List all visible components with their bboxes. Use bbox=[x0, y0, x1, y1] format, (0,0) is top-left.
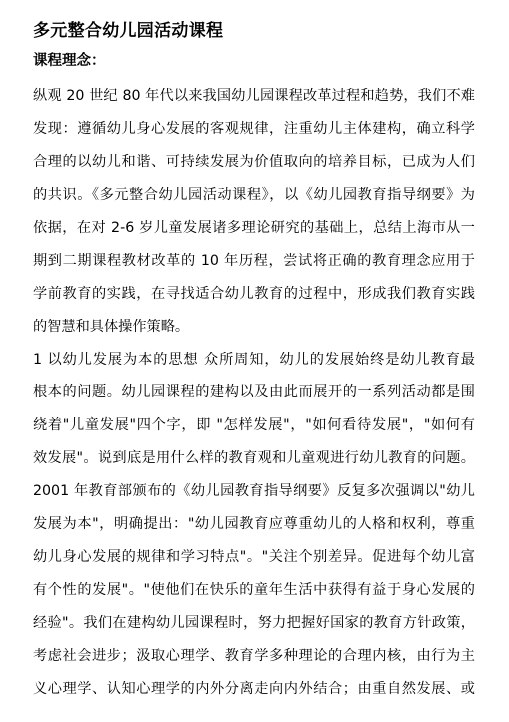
text-line: 纵观 20 世纪 80 年代以来我国幼儿园课程改革过程和趋势，我们不难 bbox=[33, 80, 475, 113]
section-heading: 课程理念： bbox=[33, 49, 106, 70]
text-line: 经验"。我们在建构幼儿园课程时，努力把握好国家的教育方针政策， bbox=[33, 607, 475, 640]
text-line: 幼儿身心发展的规律和学习特点"。"关注个别差异。促进每个幼儿富 bbox=[33, 541, 475, 574]
text-line: 考虑社会进步；汲取心理学、教育学多种理论的合理内核，由行为主 bbox=[33, 640, 475, 673]
document-body: 纵观 20 世纪 80 年代以来我国幼儿园课程改革过程和趋势，我们不难 发现：遵… bbox=[33, 80, 475, 706]
text-line: 1 以幼儿发展为本的思想 众所周知，幼儿的发展始终是幼儿教育最 bbox=[33, 344, 475, 377]
text-line: 绕着"儿童发展"四个字，即 "怎样发展"，"如何看待发展"，"如何有 bbox=[33, 409, 475, 442]
text-line: 发展为本"，明确提出："幼儿园教育应尊重幼儿的人格和权利，尊重 bbox=[33, 508, 475, 541]
text-line: 期到二期课程教材改革的 10 年历程，尝试将正确的教育理念应用于 bbox=[33, 245, 475, 278]
text-line: 2001 年教育部颁布的《幼儿园教育指导纲要》反复多次强调以"幼儿 bbox=[33, 475, 475, 508]
text-line: 的智慧和具体操作策略。 bbox=[33, 311, 475, 344]
text-line: 有个性的发展"。"使他们在快乐的童年生活中获得有益于身心发展的 bbox=[33, 574, 475, 607]
document-title: 多元整合幼儿园活动课程 bbox=[33, 16, 223, 41]
text-line: 根本的问题。幼儿园课程的建构以及由此而展开的一系列活动都是围 bbox=[33, 376, 475, 409]
text-line: 依据，在对 2-6 岁儿童发展诸多理论研究的基础上，总结上海市从一 bbox=[33, 212, 475, 245]
text-line: 的共识。《多元整合幼儿园活动课程》，以《幼儿园教育指导纲要》为 bbox=[33, 179, 475, 212]
text-line: 合理的以幼儿和谐、可持续发展为价值取向的培养目标，已成为人们 bbox=[33, 146, 475, 179]
text-line: 发现：遵循幼儿身心发展的客观规律，注重幼儿主体建构，确立科学 bbox=[33, 113, 475, 146]
text-line: 义心理学、认知心理学的内外分离走向内外结合；由重自然发展、或 bbox=[33, 673, 475, 706]
text-line: 学前教育的实践，在寻找适合幼儿教育的过程中，形成我们教育实践 bbox=[33, 278, 475, 311]
text-line: 效发展"。说到底是用什么样的教育观和儿童观进行幼儿教育的问题。 bbox=[33, 442, 475, 475]
